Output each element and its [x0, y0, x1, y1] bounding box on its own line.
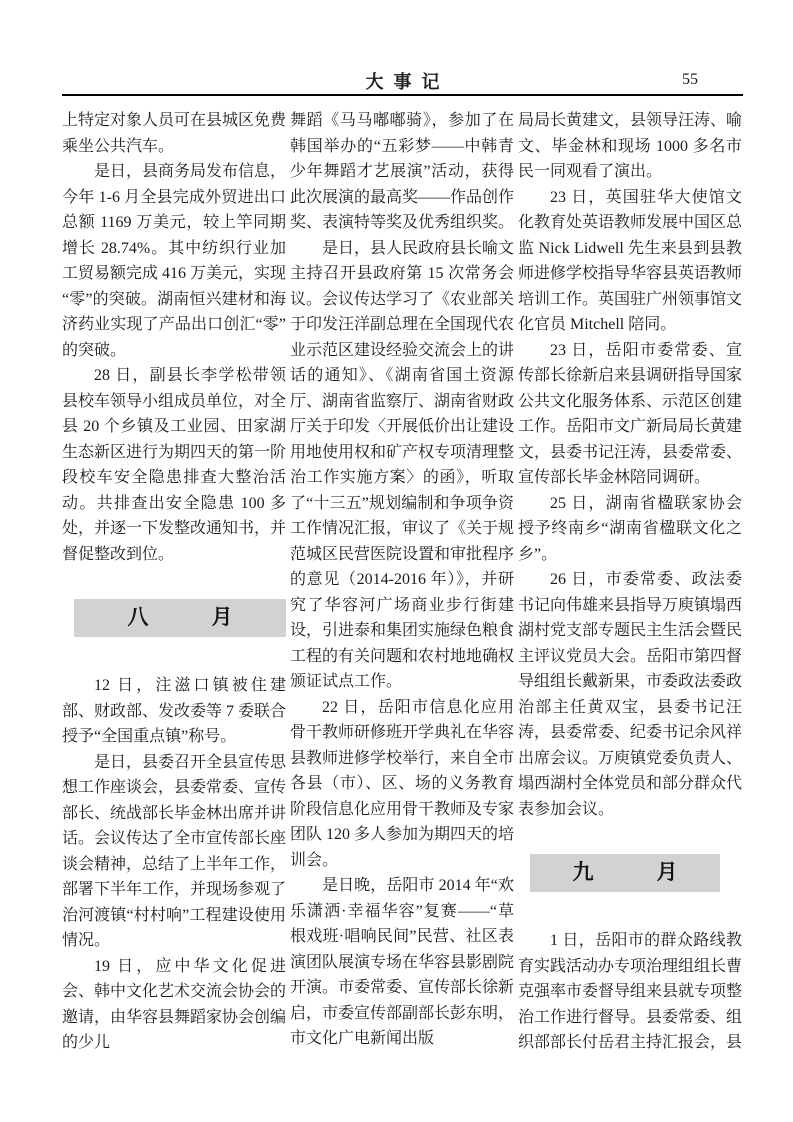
paragraph: 是日，县商务局发布信息，今年 1-6 月全县完成外贸进出口总额 1169 万美元…: [62, 159, 286, 363]
document-page: 大事记 55 上特定对象人员可在县城区免费乘坐公共汽车。 是日，县商务局发布信息…: [0, 0, 793, 1122]
paragraph: 19 日，应中华文化促进会、韩中文化艺术交流会协会的邀请，由华容县舞蹈家协会创编…: [62, 954, 286, 1056]
paragraph-continuation: 局局长黄建文，县领导汪涛、喻文、毕金林和现场 1000 多名市民一同观看了演出。: [518, 108, 742, 185]
paragraph: 1 日，岳阳市的群众路线教育实践活动办专项治理组组长曹克强率市委督导组来县就专项…: [518, 928, 742, 1056]
paragraph-continuation: 舞蹈《马马嘟嘟骑》，参加了在韩国举办的“五彩梦——中韩青少年舞蹈才艺展演”活动，…: [290, 108, 514, 236]
column-right: 局局长黄建文，县领导汪涛、喻文、毕金林和现场 1000 多名市民一同观看了演出。…: [518, 108, 742, 1056]
paragraph: 12 日，注滋口镇被住建部、财政部、发改委等 7 委联合授予“全国重点镇”称号。: [62, 673, 286, 750]
paragraph: 23 日，岳阳市委常委、宣传部长徐新启来县调研指导国家公共文化服务体系、示范区创…: [518, 338, 742, 491]
paragraph: 23 日，英国驻华大使馆文化教育处英语教师发展中国区总监 Nick Lidwel…: [518, 185, 742, 338]
column-left: 上特定对象人员可在县城区免费乘坐公共汽车。 是日，县商务局发布信息，今年 1-6…: [62, 108, 286, 1056]
text-columns: 上特定对象人员可在县城区免费乘坐公共汽车。 是日，县商务局发布信息，今年 1-6…: [62, 108, 743, 1056]
month-header-august: 八 月: [74, 599, 286, 637]
paragraph: 22 日，岳阳市信息化应用骨干教师研修班开学典礼在华容县教师进修学校举行，来自全…: [290, 695, 514, 874]
paragraph: 28 日，副县长李学松带领县校车领导小组成员单位，对全县 20 个乡镇及工业园、…: [62, 363, 286, 567]
month-header-september: 九 月: [530, 854, 720, 892]
paragraph: 是日，县委召开全县宣传思想工作座谈会，县委常委、宣传部长、统战部长毕金林出席并讲…: [62, 750, 286, 954]
paragraph: 是日晚，岳阳市 2014 年“欢乐潇洒·幸福华容”复赛——“草根戏班·唱响民间”…: [290, 873, 514, 1052]
paragraph: 26 日，市委常委、政法委书记向伟雄来县指导万庾镇塌西湖村党支部专题民主生活会暨…: [518, 567, 742, 822]
column-middle: 舞蹈《马马嘟嘟骑》，参加了在韩国举办的“五彩梦——中韩青少年舞蹈才艺展演”活动，…: [290, 108, 514, 1056]
paragraph: 是日，县人民政府县长喻文主持召开县政府第 15 次常务会议。会议传达学习了《农业…: [290, 236, 514, 695]
paragraph: 25 日，湖南省楹联家协会授予终南乡“湖南省楹联文化之乡”。: [518, 491, 742, 568]
page-header: 大事记 55: [62, 0, 743, 96]
page-title: 大事记: [366, 72, 450, 94]
paragraph-continuation: 上特定对象人员可在县城区免费乘坐公共汽车。: [62, 108, 286, 159]
page-number: 55: [682, 71, 698, 89]
